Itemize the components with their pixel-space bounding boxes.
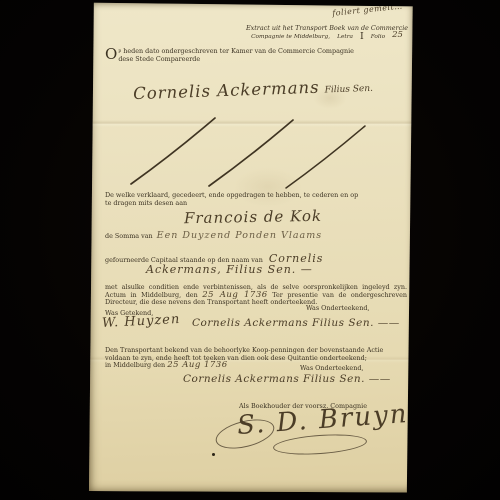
intro-line1: heden dato ondergeschreven ter Kamer van…	[123, 47, 354, 55]
bookkeeper-signature-block: S. D. Bruyn	[221, 405, 391, 463]
comparant-name: Cornelis AckermansFilius Sen.	[108, 75, 398, 104]
folio-value: 25	[392, 32, 403, 39]
somma-label: de Somma van	[105, 232, 153, 240]
letra-label: Letra	[337, 34, 353, 41]
was-onderteekend-1: Was Onderteekend,	[306, 304, 369, 312]
folio-label: Folio	[371, 34, 385, 41]
comparant-suffix: Filius Sen.	[324, 84, 373, 96]
cession-paragraph: De welke verklaard, gecedeert, ende opge…	[105, 192, 407, 207]
intro-paragraph: Op heden dato ondergeschreven ter Kamer …	[105, 48, 407, 63]
dropcap-o: O	[105, 48, 117, 61]
header-subtitle-row: Compagnie te Middelburg, Letra I Folio 2…	[238, 33, 416, 41]
capital-name-part2: Ackermans, Filius Sen. —	[146, 263, 313, 276]
director-signature: W. Huyzen	[102, 312, 181, 331]
intro-line2: dese Stede Compareerde	[105, 56, 407, 64]
quittance-place-label: in Middelburg den	[105, 361, 165, 369]
document-paper: foliert gemelt… Extract uit het Transpor…	[88, 2, 414, 493]
beneficiary-name: Francois de Kok	[108, 205, 398, 228]
was-onderteekend-2: Was Onderteekend,	[300, 364, 363, 372]
photo-background: foliert gemelt… Extract uit het Transpor…	[0, 0, 500, 500]
quittance-date: 25 Aug 1736	[167, 360, 227, 370]
ink-dot	[212, 453, 215, 456]
header-subtitle: Compagnie te Middelburg,	[251, 34, 330, 41]
somma-value: Een Duyzend Ponden Vlaams	[157, 230, 322, 241]
somma-row: de Somma vanEen Duyzend Ponden Vlaams	[105, 230, 322, 241]
transportant-signature-1: Cornelis Ackermans Filius Sen. ——	[192, 317, 400, 329]
header-title: Extract uit het Transport Boek van de Co…	[238, 25, 416, 32]
letra-value: I	[360, 33, 364, 41]
document-header: Extract uit het Transport Boek van de Co…	[238, 25, 416, 41]
archival-annotation: foliert gemelt…	[332, 0, 444, 18]
intro-sup: p	[118, 49, 121, 54]
pen-stroke-marks	[123, 112, 373, 192]
comparant-name-text: Cornelis Ackermans	[133, 78, 320, 103]
bookkeeper-signature: S. D. Bruyn	[236, 399, 409, 441]
transportant-signature-2: Cornelis Ackermans Filius Sen. ——	[183, 373, 391, 385]
